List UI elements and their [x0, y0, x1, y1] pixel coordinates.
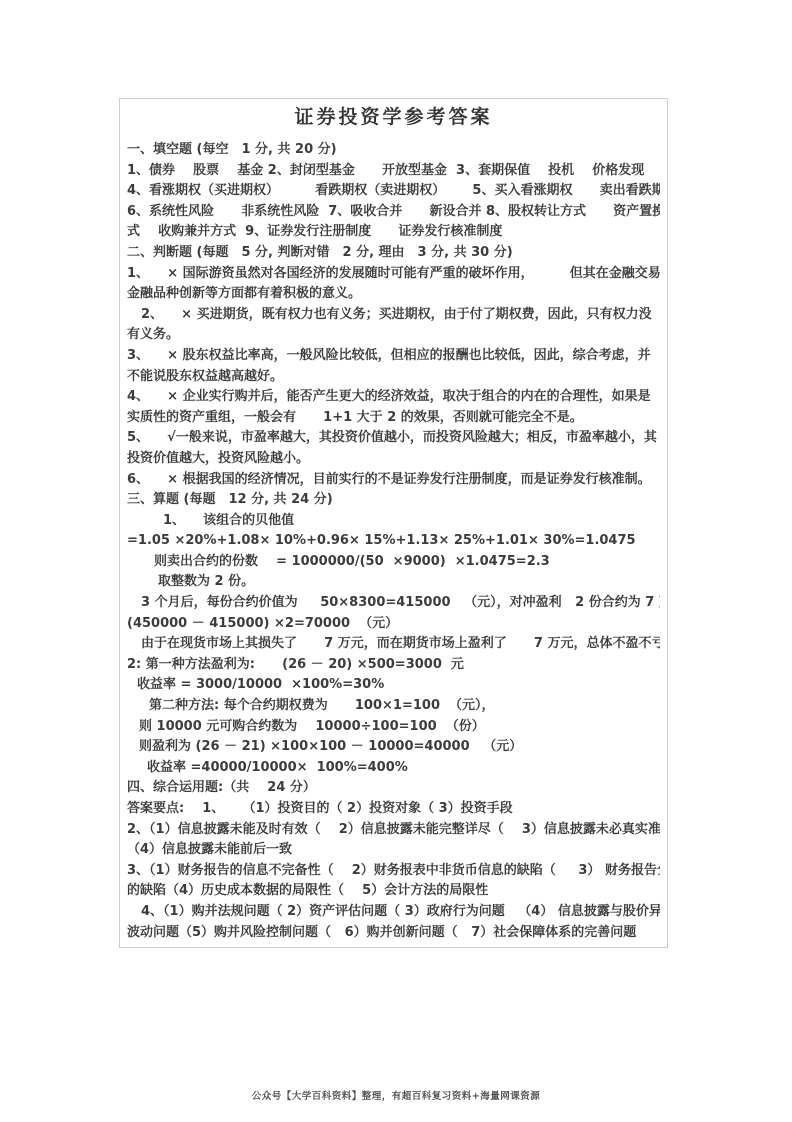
text-line: =1.05 ×20%+1.08× 10%+0.96× 15%+1.13× 25%…: [127, 531, 660, 552]
text-line: 3 个月后，每份合约价值为 50×8300=415000 （元），对冲盈利 2 …: [127, 593, 660, 614]
text-line: 一、填空题 (每空 1 分, 共 20 分): [127, 140, 660, 161]
text-line: 答案要点: 1、 （1）投资目的（ 2）投资对象（ 3）投资手段: [127, 799, 660, 820]
page-title: 证券投资学参考答案: [127, 104, 660, 131]
text-line: 不能说股东权益越高越好。: [127, 367, 660, 388]
text-line: 金融品种创新等方面都有着积极的意义。: [127, 284, 660, 305]
document-lines: 一、填空题 (每空 1 分, 共 20 分)1、债券 股票 基金 2、封闭型基金…: [127, 140, 660, 943]
text-line: 6、 × 根据我国的经济情况，目前实行的不是证券发行注册制度，而是证券发行核准制…: [127, 470, 660, 491]
text-line: 三、算题 (每题 12 分, 共 24 分): [127, 490, 660, 511]
text-line: 2、 × 买进期货，既有权力也有义务；买进期权，由于付了期权费，因此，只有权力没: [127, 305, 660, 326]
text-line: 6、系统性风险 非系统性风险 7、吸收合并 新设合并 8、股权转让方式 资产置换…: [127, 202, 660, 223]
text-line: 1、 该组合的贝他值: [127, 511, 660, 532]
text-line: 的缺陷（4）历史成本数据的局限性（ 5）会计方法的局限性: [127, 881, 660, 902]
text-line: 2: 第一种方法盈利为: (26 － 20) ×500=3000 元: [127, 655, 660, 676]
text-line: 收益率 = 3000/10000 ×100%=30%: [127, 675, 660, 696]
text-line: 1、债券 股票 基金 2、封闭型基金 开放型基金 3、套期保值 投机 价格发现: [127, 161, 660, 182]
text-line: 2、（1）信息披露未能及时有效（ 2）信息披露未能完整详尽（ 3）信息披露未必真…: [127, 820, 660, 841]
text-line: 3、 × 股东权益比率高，一般风险比较低，但相应的报酬也比较低，因此，综合考虑，…: [127, 346, 660, 367]
text-line: 收益率 =40000/10000× 100%=400%: [127, 758, 660, 779]
text-line: 取整数为 2 份。: [127, 572, 660, 593]
text-line: 有义务。: [127, 325, 660, 346]
text-line: 第二种方法: 每个合约期权费为 100×1=100 （元），: [127, 696, 660, 717]
text-line: 5、 √一般来说，市盈率越大，其投资价值越小，而投资风险越大；相反，市盈率越小，…: [127, 428, 660, 449]
text-line: 投资价值越大，投资风险越小。: [127, 449, 660, 470]
text-line: 1、 × 国际游资虽然对各国经济的发展随时可能有严重的破坏作用， 但其在金融交易…: [127, 264, 660, 285]
text-line: （4）信息披露未能前后一致: [127, 840, 660, 861]
text-line: 则卖出合约的份数 = 1000000/(50 ×9000) ×1.0475=2.…: [127, 552, 660, 573]
document-page: 证券投资学参考答案 一、填空题 (每空 1 分, 共 20 分)1、债券 股票 …: [119, 98, 668, 948]
text-line: 实质性的资产重组，一般会有 1+1 大于 2 的效果，否则就可能完全不是。: [127, 408, 660, 429]
text-line: 波动问题（5）购并风险控制问题（ 6）购并创新问题（ 7）社会保障体系的完善问题: [127, 923, 660, 944]
text-line: 则盈利为 (26 － 21) ×100×100 － 10000=40000 （元…: [127, 737, 660, 758]
text-line: 4、 × 企业实行购并后，能否产生更大的经济效益，取决于组合的内在的合理性，如果…: [127, 387, 660, 408]
text-line: 由于在现货市场上其损失了 7 万元，而在期货市场上盈利了 7 万元，总体不盈不亏…: [127, 634, 660, 655]
text-line: 4、（1）购并法规问题（ 2）资产评估问题（ 3）政府行为问题 （4） 信息披露…: [127, 902, 660, 923]
text-line: 四、综合运用题:（共 24 分）: [127, 778, 660, 799]
text-line: 式 收购兼并方式 9、证券发行注册制度 证券发行核准制度: [127, 222, 660, 243]
text-line: 则 10000 元可购合约数为 10000÷100=100 （份）: [127, 717, 660, 738]
footer-note: 公众号【大学百科资料】整理，有超百科复习资料+海量网课资源: [0, 1088, 792, 1102]
text-line: 二、判断题 (每题 5 分, 判断对错 2 分, 理由 3 分, 共 30 分): [127, 243, 660, 264]
text-line: 4、看涨期权（买进期权） 看跌期权（卖进期权） 5、买入看涨期权 卖出看跌期权: [127, 181, 660, 202]
text-line: (450000 － 415000) ×2=70000 （元）: [127, 614, 660, 635]
text-line: 3、（1）财务报告的信息不完备性（ 2）财务报表中非货币信息的缺陷（ 3） 财务…: [127, 861, 660, 882]
